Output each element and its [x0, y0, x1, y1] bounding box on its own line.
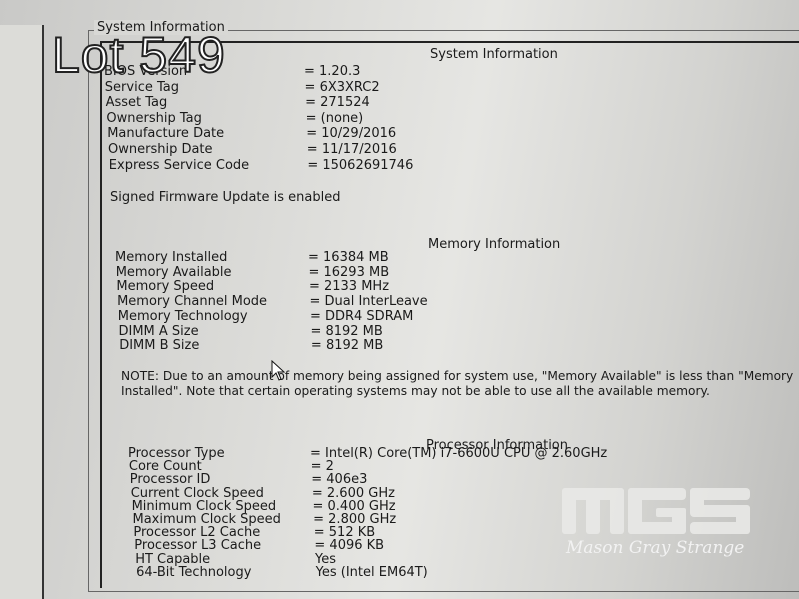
row-value: Yes (Intel EM64T): [316, 565, 428, 580]
info-row: Ownership Date= 11/17/2016: [108, 142, 213, 157]
row-value: = Dual InterLeave: [309, 294, 427, 309]
info-row: Asset Tag= 271524: [106, 95, 168, 110]
row-label: Memory Speed: [116, 279, 214, 294]
left-navigation-pane[interactable]: [0, 25, 44, 599]
mouse-cursor-icon: [271, 360, 287, 382]
info-row: DIMM A Size= 8192 MB: [119, 324, 199, 339]
row-label: Ownership Date: [108, 142, 213, 157]
row-value: = 271524: [305, 95, 370, 110]
row-label: Memory Available: [116, 265, 232, 280]
row-value: = 1.20.3: [304, 64, 360, 79]
mgs-logo-icon: [562, 488, 752, 534]
row-label: Express Service Code: [109, 158, 249, 173]
logo-text: Mason Gray Strange: [566, 538, 744, 558]
info-row: Memory Available= 16293 MB: [116, 265, 232, 280]
info-row: DIMM B Size= 8192 MB: [119, 338, 199, 353]
info-row: Memory Technology= DDR4 SDRAM: [118, 309, 248, 324]
row-label: Ownership Tag: [106, 111, 201, 126]
row-label: Manufacture Date: [107, 126, 224, 141]
row-value: = 2133 MHz: [309, 279, 389, 294]
info-row: Manufacture Date= 10/29/2016: [107, 126, 224, 141]
row-value: = 16293 MB: [308, 265, 389, 280]
info-row: Ownership Tag= (none): [106, 111, 201, 126]
row-value: = 8192 MB: [311, 338, 383, 353]
row-value: = 16384 MB: [308, 250, 389, 265]
lot-watermark: Lot 549: [52, 26, 226, 84]
row-value: = Intel(R) Core(TM) i7-6600U CPU @ 2.60G…: [310, 446, 607, 461]
row-value: = 15062691746: [307, 158, 413, 173]
row-label: Memory Channel Mode: [117, 294, 267, 309]
row-label: 64-Bit Technology: [136, 565, 251, 580]
info-row: 64-Bit TechnologyYes (Intel EM64T): [136, 565, 251, 580]
row-value: = 6X3XRC2: [305, 80, 380, 95]
row-label: DIMM B Size: [119, 338, 199, 353]
row-label: Asset Tag: [106, 95, 168, 110]
info-row: Express Service Code= 15062691746: [109, 158, 249, 173]
row-label: DIMM A Size: [119, 324, 199, 339]
row-value: = DDR4 SDRAM: [310, 309, 413, 324]
system-section-title: System Information: [430, 47, 558, 62]
row-label: Memory Technology: [118, 309, 248, 324]
memory-section-title: Memory Information: [428, 237, 560, 252]
memory-note: NOTE: Due to an amount of memory being a…: [121, 369, 796, 399]
row-value: = (none): [306, 111, 364, 126]
row-value: = 10/29/2016: [306, 126, 396, 141]
row-value: = 11/17/2016: [307, 142, 397, 157]
info-row: Memory Installed= 16384 MB: [115, 250, 227, 265]
info-row: Memory Speed= 2133 MHz: [116, 279, 214, 294]
row-label: Memory Installed: [115, 250, 227, 265]
row-value: = 8192 MB: [310, 324, 382, 339]
info-row: Memory Channel Mode= Dual InterLeave: [117, 294, 267, 309]
firmware-status: Signed Firmware Update is enabled: [110, 190, 341, 205]
